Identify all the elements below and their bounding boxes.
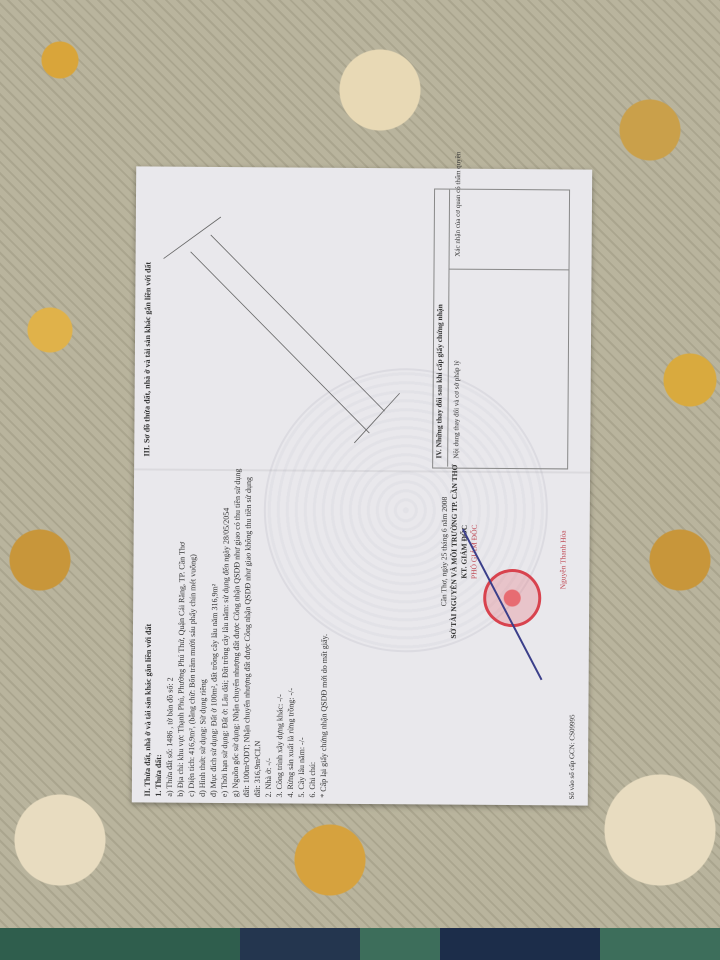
floor-background	[0, 928, 720, 960]
red-seal-stamp	[483, 569, 541, 627]
note-text: * Cấp lại giấy chứng nhận QSDĐ mới do mấ…	[318, 468, 331, 798]
section-4-col2: Xác nhận của cơ quan có thẩm quyền	[454, 152, 464, 257]
section-4-title: IV. Những thay đổi sau khi cấp giấy chứn…	[434, 304, 444, 458]
serial-number: Số vào sổ cấp GCN: CS09995	[568, 714, 577, 799]
land-certificate-page: III. Sơ đồ thửa đất, nhà ở và tài sản kh…	[132, 166, 592, 805]
section-3-title: III. Sơ đồ thửa đất, nhà ở và tài sản kh…	[142, 262, 152, 457]
issuing-agency: SỞ TÀI NGUYÊN VÀ MÔI TRƯỜNG TP. CẦN THƠ	[449, 465, 460, 639]
usage-origin: g) Nguồn gốc sử dụng: Nhận chuyển nhượng…	[230, 467, 265, 797]
section-2: II. Thửa đất, nhà ở và tài sản khác gắn …	[142, 466, 331, 797]
section-4-col1: Nội dung thay đổi và cơ sở pháp lý	[452, 360, 461, 458]
parcel-diagram	[134, 166, 436, 468]
section-2-title: II. Thửa đất, nhà ở và tài sản khác gắn …	[142, 466, 155, 796]
signer-name: Nguyễn Thanh Hòa	[558, 530, 567, 589]
